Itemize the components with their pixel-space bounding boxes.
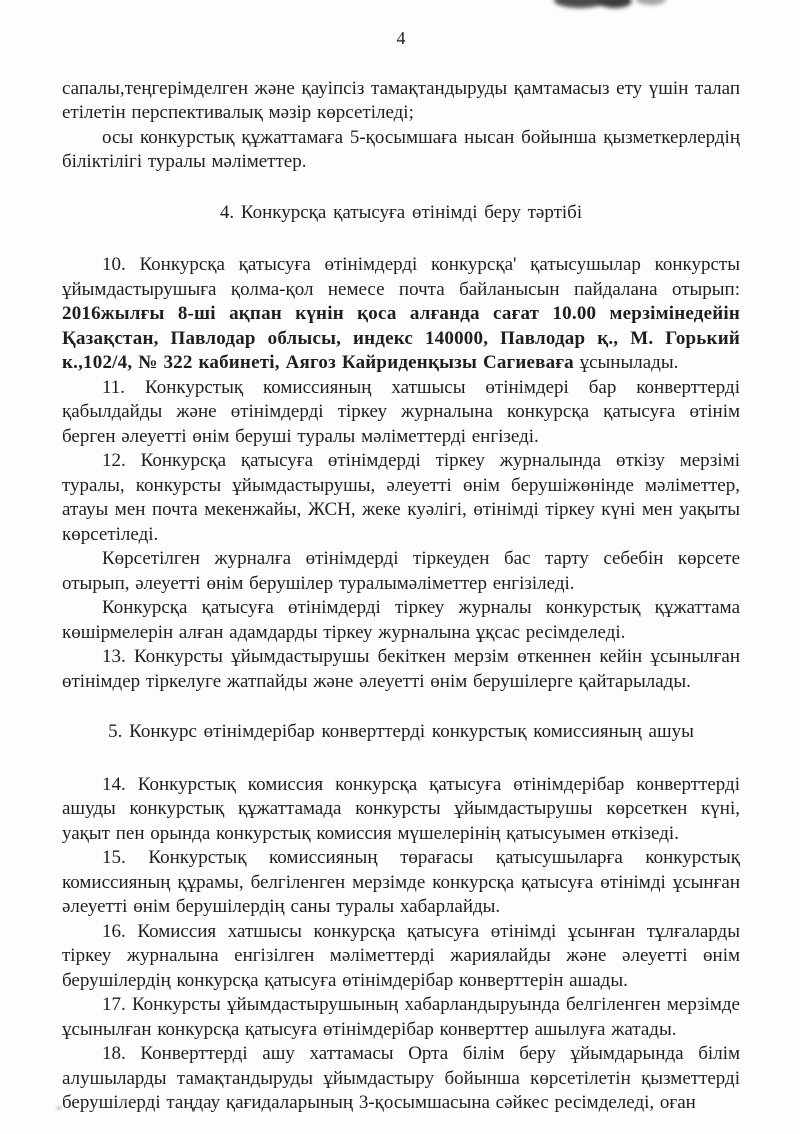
paragraph-12: 12. Конкурсқа қатысуға өтінімдерді тірке… <box>62 449 740 547</box>
paragraph-11: 11. Конкурстық комиссияның хатшысы өтіні… <box>62 376 740 450</box>
paragraph-carryover-2: осы конкурстық құжаттамаға 5-қосымшаға н… <box>62 126 740 175</box>
section-4-heading: 4. Конкурсқа қатысуға өтінімді беру тәрт… <box>62 201 740 226</box>
paragraph-carryover-1: сапалы,теңгерімделген және қауіпсіз тама… <box>62 77 740 126</box>
paragraph-15: 15. Конкурстық комиссияның төрағасы қаты… <box>62 846 740 920</box>
document-body: 4 сапалы,теңгерімделген және қауіпсіз та… <box>0 0 800 1116</box>
scanned-document-page: 4 сапалы,теңгерімделген және қауіпсіз та… <box>0 0 800 1134</box>
scan-speck <box>56 1106 62 1110</box>
paragraph-14: 14. Конкурстық комиссия конкурсқа қатысу… <box>62 773 740 847</box>
paragraph-17: 17. Конкурсты ұйымдастырушының хабарланд… <box>62 993 740 1042</box>
page-number: 4 <box>62 26 740 51</box>
paragraph-10: 10. Конкурсқа қатысуға өтінімдерді конку… <box>62 253 740 376</box>
paragraph-18: 18. Конверттерді ашу хаттамасы Орта білі… <box>62 1042 740 1116</box>
paragraph-16: 16. Комиссия хатшысы конкурсқа қатысуға … <box>62 920 740 994</box>
scan-speck <box>120 1099 127 1103</box>
paragraph-12-sub-1: Көрсетілген журналға өтінімдерді тіркеуд… <box>62 547 740 596</box>
section-5-heading: 5. Конкурс өтінімдерібар конверттерді ко… <box>62 720 740 745</box>
paragraph-10-text-end: ұсынылады. <box>574 352 678 373</box>
paragraph-10-text: 10. Конкурсқа қатысуға өтінімдерді конку… <box>62 254 740 300</box>
paragraph-13: 13. Конкурсты ұйымдастырушы бекіткен мер… <box>62 645 740 694</box>
paragraph-12-sub-2: Конкурсқа қатысуға өтінімдерді тіркеу жу… <box>62 596 740 645</box>
